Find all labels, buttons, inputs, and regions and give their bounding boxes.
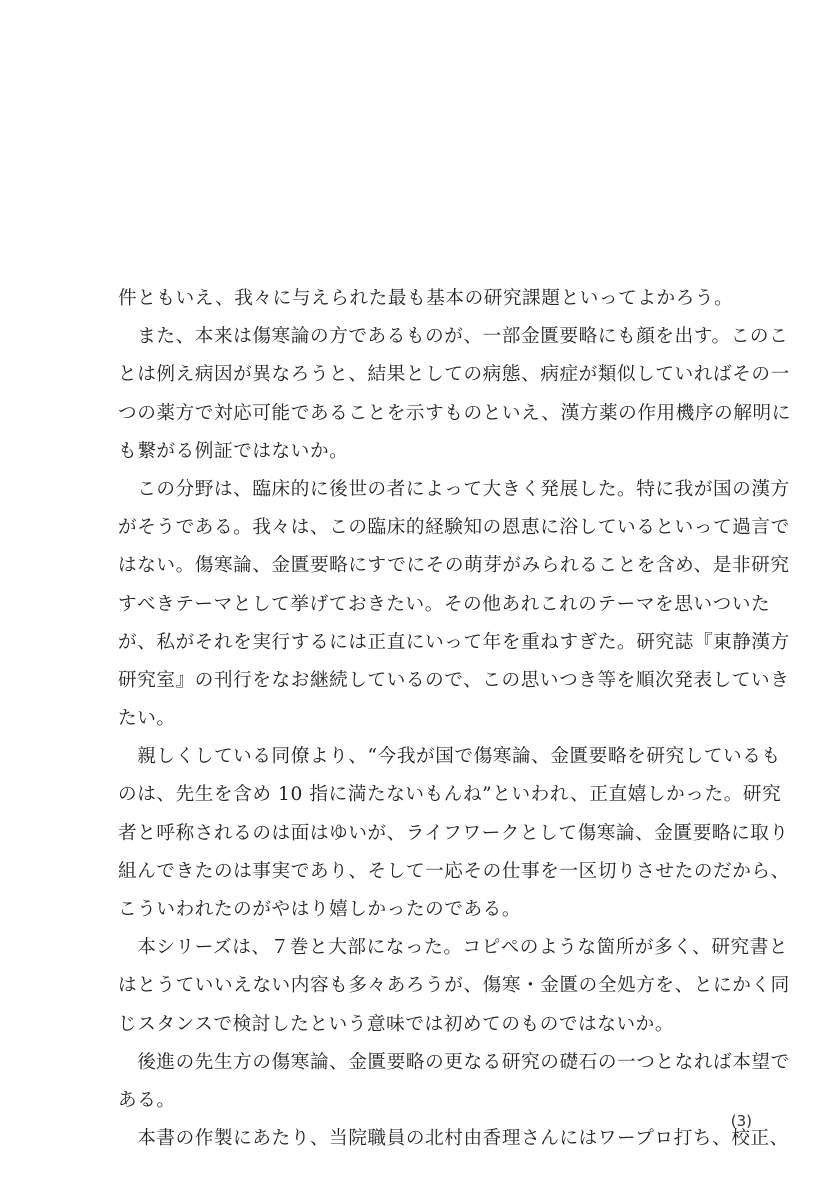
text-line: とは例え病因が異なろうと、結果としての病態、病症が類似していればその一 <box>118 356 754 394</box>
text-line: がそうである。我々は、この臨床的経験知の恩恵に浴しているといって過言で <box>118 509 754 547</box>
document-page: 件ともいえ、我々に与えられた最も基本の研究課題といってよかろう。 また、本来は傷… <box>0 0 830 1178</box>
text-line: 後進の先生方の傷寒論、金匱要略の更なる研究の礎石の一つとなれば本望で <box>118 1044 754 1082</box>
text-line: こういわれたのがやはり嬉しかったのである。 <box>118 891 754 929</box>
text-line: 組んできたのは事実であり、そして一応その仕事を一区切りさせたのだから、 <box>118 853 754 891</box>
page-number: (3) <box>731 1112 752 1130</box>
text-line: すべきテーマとして挙げておきたい。その他あれこれのテーマを思いついた <box>118 586 754 624</box>
text-line: が、私がそれを実行するには正直にいって年を重ねすぎた。研究誌『東静漢方 <box>118 624 754 662</box>
text-line: 者と呼称されるのは面はゆいが、ライフワークとして傷寒論、金匱要略に取り <box>118 815 754 853</box>
text-line: はとうていいえない内容も多々あろうが、傷寒・金匱の全処方を、とにかく同 <box>118 967 754 1005</box>
text-line: じスタンスで検討したという意味では初めてのものではないか。 <box>118 1006 754 1044</box>
text-line: また、本来は傷寒論の方であるものが、一部金匱要略にも顔を出す。このこ <box>118 318 754 356</box>
body-text: 件ともいえ、我々に与えられた最も基本の研究課題といってよかろう。 また、本来は傷… <box>118 280 754 1158</box>
text-line: はない。傷寒論、金匱要略にすでにその萌芽がみられることを含め、是非研究 <box>118 547 754 585</box>
text-line: も繋がる例証ではないか。 <box>118 433 754 471</box>
text-line: つの薬方で対応可能であることを示すものといえ、漢方薬の作用機序の解明に <box>118 395 754 433</box>
text-line: 本書の作製にあたり、当院職員の北村由香理さんにはワープロ打ち、校正、 <box>118 1120 754 1158</box>
text-line: 件ともいえ、我々に与えられた最も基本の研究課題といってよかろう。 <box>118 280 754 318</box>
text-line: 本シリーズは、７巻と大部になった。コピペのような箇所が多く、研究書と <box>118 929 754 967</box>
text-line: たい。 <box>118 700 754 738</box>
text-line: 研究室』の刊行をなお継続しているので、この思いつき等を順次発表していき <box>118 662 754 700</box>
text-line: のは、先生を含め 10 指に満たないもんね”といわれ、正直嬉しかった。研究 <box>118 776 754 814</box>
text-line: この分野は、臨床的に後世の者によって大きく発展した。特に我が国の漢方 <box>118 471 754 509</box>
text-line: 親しくしている同僚より、“今我が国で傷寒論、金匱要略を研究しているも <box>118 738 754 776</box>
text-line: ある。 <box>118 1082 754 1120</box>
